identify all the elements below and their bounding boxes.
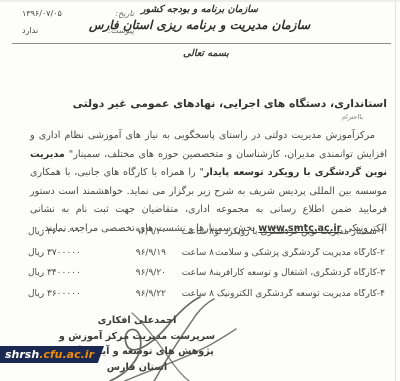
header-divider xyxy=(12,43,391,44)
schedule-item-date: ۹۶/۹/۱۹ xyxy=(110,248,166,258)
seminar-schedule-list: ۱-سمینار مدیریت نوین گردشگری با رویکرد ت… xyxy=(28,227,385,309)
schedule-item-price: ۳۶۰۰۰۰۰ ریال xyxy=(28,289,110,299)
signer-name: احمدعلی افکاری xyxy=(52,313,222,329)
schedule-item-hours: ۸ ساعت xyxy=(166,289,214,299)
letter-meta: تاریخ: ۱۳۹۶/۰۷/۰۵ پیوست: ندارد xyxy=(22,9,134,43)
schedule-row: ۱-سمینار مدیریت نوین گردشگری با رویکرد ت… xyxy=(28,227,385,248)
scan-edge-top xyxy=(0,0,400,2)
scanned-letter: سازمان برنامه و بودجه کشور سازمان مدیریت… xyxy=(0,0,400,381)
scan-edge-right xyxy=(395,0,396,381)
schedule-item-hours: ۸ ساعت xyxy=(166,227,214,237)
letter-body: مرکزآموزش مدیریت دولتی در راستای پاسخگوی… xyxy=(30,127,387,238)
signature-block: احمدعلی افکاری سرپرست مدیریت مرکز آموزش … xyxy=(52,313,222,375)
schedule-item-date: ۹۶/۹/۲۲ xyxy=(110,289,166,299)
schedule-row: ۲-کارگاه مدیریت گردشگری پزشکی و سلامت ۸ … xyxy=(28,248,385,269)
schedule-item-price: ۳۶۰۰۰۰۰ ریال xyxy=(28,227,110,237)
schedule-item-price: ۳۷۰۰۰۰۰ ریال xyxy=(28,248,110,258)
schedule-row: ۴-کارگاه مدیریت توسعه گردشگری الکترونیک … xyxy=(28,289,385,310)
schedule-item-hours: ۸ ساعت xyxy=(166,268,214,278)
schedule-row: ۳-کارگاه گردشگری، اشتغال و توسعه کارآفری… xyxy=(28,268,385,289)
meta-date-row: تاریخ: ۱۳۹۶/۰۷/۰۵ xyxy=(22,9,134,18)
schedule-item-title: ۱-سمینار مدیریت نوین گردشگری با رویکرد ت… xyxy=(214,227,385,237)
watermark-text-orange: .cfu.ac.ir xyxy=(39,348,94,361)
watermark-text-white: shrsh xyxy=(5,348,39,361)
signer-title-line1: سرپرست مدیریت مرکز آموزش و xyxy=(52,329,222,345)
schedule-item-price: ۳۴۰۰۰۰۰ ریال xyxy=(28,268,110,278)
date-value: ۱۳۹۶/۰۷/۰۵ xyxy=(22,9,62,18)
schedule-item-date: ۹۶/۹/۲۰ xyxy=(110,268,166,278)
addressee-line: استانداری، دستگاه های اجرایی، نهادهای عم… xyxy=(73,97,387,110)
date-label: تاریخ: xyxy=(115,9,134,18)
attachment-label: پیوست: xyxy=(108,26,134,35)
besmele-invocation: بسمه تعالی xyxy=(183,48,229,59)
schedule-item-date: ۹۶/۹/۲۰ xyxy=(110,227,166,237)
schedule-item-title: ۳-کارگاه گردشگری، اشتغال و توسعه کارآفری… xyxy=(214,268,385,278)
body-text-part1: مرکزآموزش مدیریت دولتی در راستای پاسخگوی… xyxy=(30,130,387,160)
site-watermark: shrsh.cfu.ac.ir xyxy=(0,346,104,363)
salutation-note: بااحترام xyxy=(342,113,363,121)
attachment-value: ندارد xyxy=(22,26,38,35)
meta-attachment-row: پیوست: ندارد xyxy=(22,26,134,35)
schedule-item-hours: ۸ ساعت xyxy=(166,248,214,258)
schedule-item-title: ۲-کارگاه مدیریت گردشگری پزشکی و سلامت xyxy=(214,248,385,258)
schedule-item-title: ۴-کارگاه مدیریت توسعه گردشگری الکترونیک xyxy=(214,289,385,299)
